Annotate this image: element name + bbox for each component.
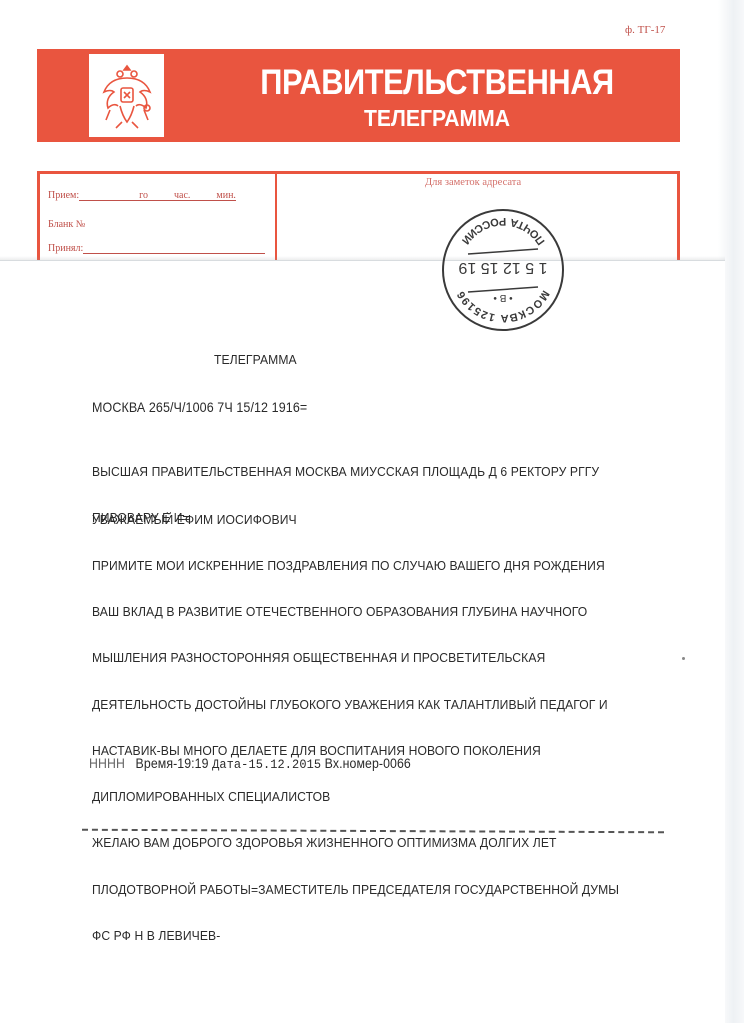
russian-coat-of-arms-icon: [89, 54, 164, 137]
banner-subtitle: ТЕЛЕГРАММА: [253, 105, 621, 132]
body-line: УВАЖАЕМЫЙ ЕФИМ ИОСИФОВИЧ: [92, 512, 619, 527]
blank-number-row: Бланк №: [48, 219, 85, 230]
received-day-suffix: го: [139, 190, 148, 201]
form-code: ф. ТГ-17: [625, 24, 665, 36]
accepted-label: Принял:: [48, 243, 83, 254]
reception-fields: Прием:гочас.мин. Бланк № Принял:: [40, 174, 277, 266]
body-line: ФС РФ Н В ЛЕВИЧЕВ-: [92, 928, 619, 943]
stamp-letter: • В •: [493, 292, 513, 303]
banner-title: ПРАВИТЕЛЬСТВЕННАЯ: [226, 63, 648, 103]
accepted-row: Принял:: [48, 243, 265, 254]
received-row: Прием:гочас.мин.: [48, 190, 236, 201]
body-line: ПЛОДОТВОРНОЙ РАБОТЫ=ЗАМЕСТИТЕЛЬ ПРЕДСЕДА…: [92, 882, 619, 897]
received-label: Прием:: [48, 190, 79, 201]
received-min-suffix: мин.: [216, 190, 236, 201]
accepted-field[interactable]: [83, 243, 265, 254]
scan-speck: [682, 657, 685, 660]
body-line: ДИПЛОМИРОВАННЫХ СПЕЦИАЛИСТОВ: [92, 789, 619, 804]
telegram-origin-line: МОСКВА 265/Ч/1006 7Ч 15/12 1916=: [92, 400, 307, 415]
postmark-stamp: МОСКВА 125196 ПОЧТА РОССИИ • В • 1 5 12 …: [438, 205, 568, 335]
body-line: МЫШЛЕНИЯ РАЗНОСТОРОННЯЯ ОБЩЕСТВЕННАЯ И П…: [92, 650, 619, 665]
government-telegram-banner: ПРАВИТЕЛЬСТВЕННАЯ ТЕЛЕГРАММА: [37, 49, 680, 142]
telegram-heading: ТЕЛЕГРАММА: [214, 352, 297, 367]
address-line: ВЫСШАЯ ПРАВИТЕЛЬСТВЕННАЯ МОСКВА МИУССКАЯ…: [92, 464, 599, 479]
receipt-date: Дата-15.12.2015: [212, 757, 321, 772]
receipt-time: Время-19:19: [136, 756, 209, 771]
received-hour-field[interactable]: [148, 190, 174, 201]
end-marker: НННН: [89, 756, 125, 771]
body-line: ДЕЯТЕЛЬНОСТЬ ДОСТОЙНЫ ГЛУБОКОГО УВАЖЕНИЯ…: [92, 697, 619, 712]
reception-form: Прием:гочас.мин. Бланк № Принял: Для зам…: [37, 171, 680, 266]
telegram-body: УВАЖАЕМЫЙ ЕФИМ ИОСИФОВИЧ ПРИМИТЕ МОИ ИСК…: [92, 481, 619, 959]
telegram-footer: НННН Время-19:19 Дата-15.12.2015 Вх.номе…: [82, 741, 411, 772]
body-line: ПРИМИТЕ МОИ ИСКРЕННИЕ ПОЗДРАВЛЕНИЯ ПО СЛ…: [92, 558, 619, 573]
stamp-date: 1 5 12 15 19: [458, 259, 547, 276]
body-line: ЖЕЛАЮ ВАМ ДОБРОГО ЗДОРОВЬЯ ЖИЗНЕННОГО ОП…: [92, 835, 619, 850]
received-min-field[interactable]: [190, 190, 216, 201]
received-hour-suffix: час.: [174, 190, 190, 201]
received-day-field[interactable]: [79, 190, 139, 201]
body-line: ВАШ ВКЛАД В РАЗВИТИЕ ОТЕЧЕСТВЕННОГО ОБРА…: [92, 604, 619, 619]
addressee-notes-label: Для заметок адресата: [425, 177, 521, 188]
blank-number-label: Бланк №: [48, 219, 85, 230]
incoming-number: Вх.номер-0066: [325, 756, 411, 771]
